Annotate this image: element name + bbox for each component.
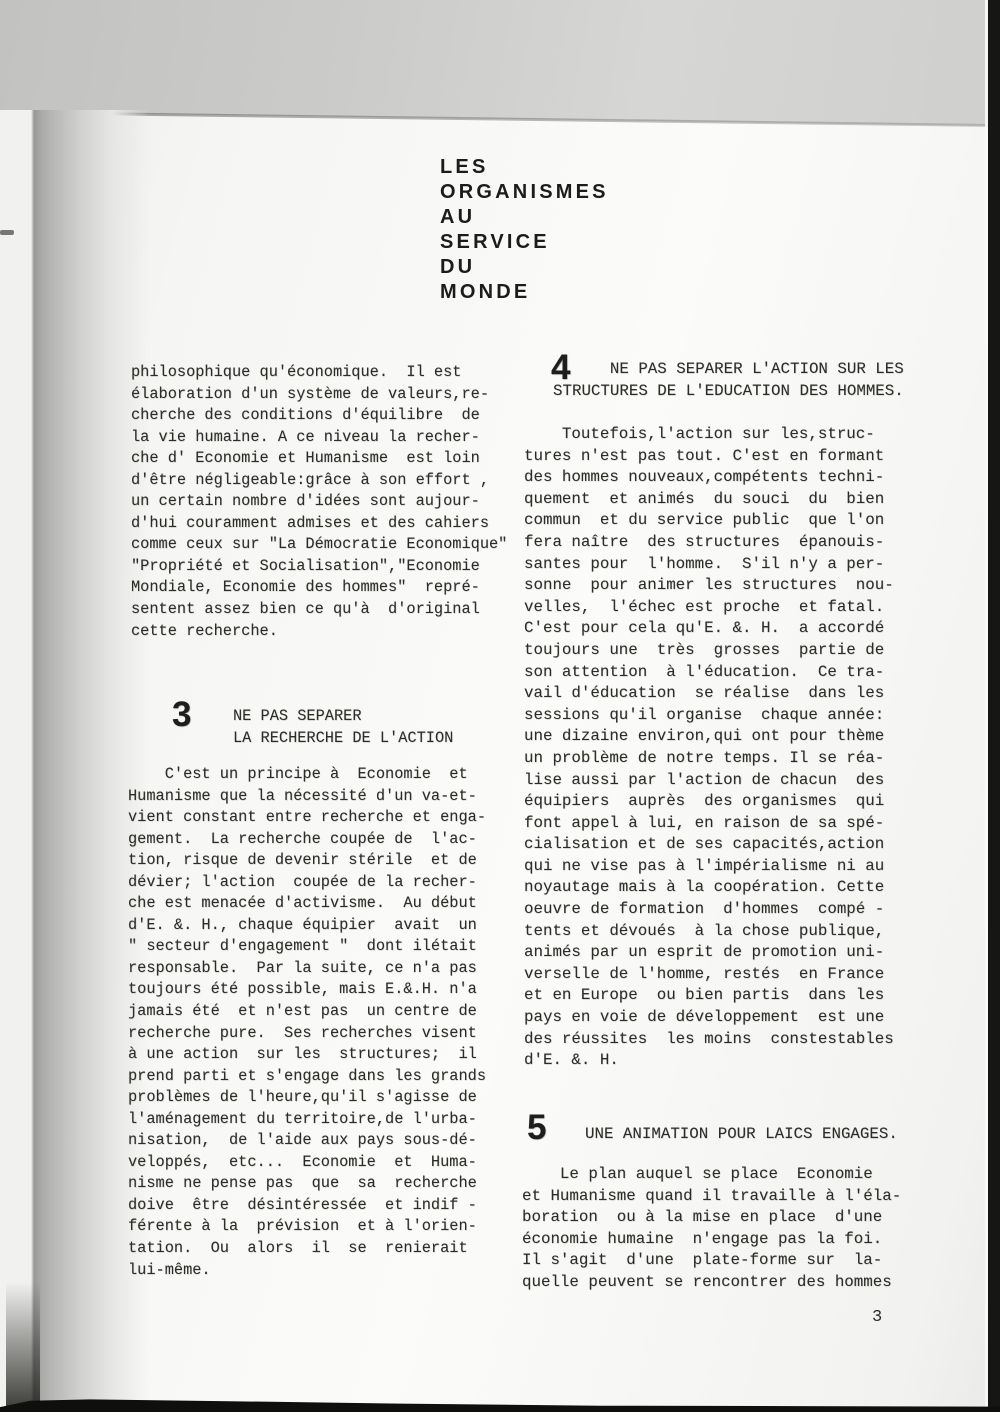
- section-3-heading: NE PAS SEPARER LA RECHERCHE DE L'ACTION: [233, 706, 453, 749]
- scan-artifact-dash: [0, 230, 14, 235]
- section-3-number: 3: [172, 697, 191, 732]
- section-5-heading: UNE ANIMATION POUR LAICS ENGAGES.: [585, 1124, 898, 1146]
- page-number: 3: [872, 1308, 882, 1327]
- paragraph-intro: philosophique qu'économique. Il est élab…: [131, 362, 507, 642]
- scanned-book-page: LES ORGANISMES AU SERVICE DU MONDE philo…: [0, 0, 1000, 1412]
- section-4-body: Toutefois,l'action sur les,struc- tures …: [524, 424, 894, 1072]
- section-3-body: C'est un principe à Economie et Humanism…: [128, 764, 486, 1281]
- section-4-heading: NE PAS SEPARER L'ACTION SUR LES STRUCTUR…: [553, 359, 904, 402]
- scan-edge-right: [988, 0, 1000, 1412]
- page-title: LES ORGANISMES AU SERVICE DU MONDE: [440, 155, 609, 305]
- section-5-number: 5: [527, 1110, 546, 1145]
- section-5-body: Le plan auquel se place Economie et Huma…: [522, 1164, 901, 1294]
- book-gutter-shadow-bottom: [6, 1282, 40, 1412]
